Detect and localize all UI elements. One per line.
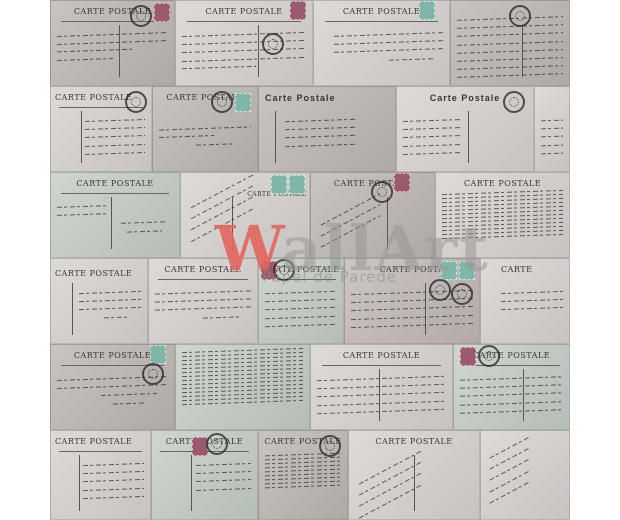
divider bbox=[322, 365, 440, 366]
postcard: CARTE POSTALE bbox=[180, 172, 310, 258]
postcard: Carte Postale bbox=[258, 86, 396, 172]
stamp-icon bbox=[271, 175, 287, 194]
postcard: CARTE POSTALE bbox=[151, 430, 258, 520]
postcard: CARTE POSTALE bbox=[348, 430, 480, 520]
postcard-title: CARTE POSTALE bbox=[349, 437, 479, 446]
handwriting bbox=[57, 27, 168, 79]
stamp-icon bbox=[235, 93, 251, 112]
handwriting bbox=[501, 285, 563, 337]
postcard: CARTE POSTALE bbox=[310, 344, 453, 430]
divider bbox=[187, 21, 301, 22]
handwriting bbox=[317, 371, 446, 423]
postmark-icon bbox=[509, 5, 531, 27]
postcard-title: CARTE POSTALE bbox=[436, 179, 569, 188]
postmark-icon bbox=[125, 91, 147, 113]
postcard-title: CARTE POSTALE bbox=[55, 437, 150, 446]
postcard-title: CARTE POSTALE bbox=[311, 351, 452, 360]
postcard: CARTE POSTALE bbox=[148, 258, 258, 344]
handwriting bbox=[265, 451, 341, 513]
handwriting bbox=[155, 285, 251, 337]
postcard: CARTE POSTALE bbox=[435, 172, 570, 258]
divider bbox=[468, 111, 469, 163]
postcard-title: CARTE POSTALE bbox=[55, 269, 147, 278]
postcard-collage: CARTE POSTALE CARTE POSTALE CARTE POSTAL… bbox=[50, 0, 570, 520]
stamp-icon bbox=[441, 261, 457, 280]
postcard: CARTE POSTALE bbox=[310, 172, 435, 258]
handwriting bbox=[182, 347, 303, 423]
postmark-icon bbox=[503, 91, 525, 113]
postcard: CARTE POSTALE bbox=[453, 344, 570, 430]
handwriting bbox=[79, 285, 141, 337]
postmark-icon bbox=[319, 435, 341, 457]
postcard-title: CARTE bbox=[501, 265, 569, 274]
handwriting bbox=[196, 457, 251, 513]
postmark-icon bbox=[478, 345, 500, 367]
postcard bbox=[480, 430, 570, 520]
postmark-icon bbox=[262, 33, 284, 55]
postmark-icon bbox=[371, 181, 393, 203]
postcard bbox=[534, 86, 570, 172]
postcard: CARTE POSTALE bbox=[50, 172, 180, 258]
handwriting bbox=[83, 457, 144, 513]
handwriting bbox=[541, 113, 563, 165]
stamp-icon bbox=[150, 345, 166, 364]
postcard-title: Carte Postale bbox=[265, 93, 395, 103]
divider bbox=[79, 455, 80, 511]
postcard: CARTE POSTALE bbox=[50, 0, 175, 86]
postcard: Carte Postale bbox=[396, 86, 534, 172]
handwriting bbox=[442, 189, 563, 251]
postcard-title: CARTE POSTALE bbox=[149, 265, 257, 274]
handwriting bbox=[487, 437, 563, 513]
divider bbox=[191, 455, 192, 511]
postmark-icon bbox=[142, 363, 164, 385]
postcard: CARTE POSTALE bbox=[50, 258, 148, 344]
postmark-icon bbox=[211, 91, 233, 113]
postcard: CARTE POSTA bbox=[344, 258, 480, 344]
postmark-icon bbox=[206, 433, 228, 455]
stamp-icon bbox=[154, 3, 170, 22]
handwriting bbox=[265, 285, 337, 337]
postmark-icon bbox=[451, 283, 473, 305]
postcard: CARTE POSTALE bbox=[175, 0, 313, 86]
postcard: CARTE bbox=[480, 258, 570, 344]
postcard-title: CARTE POSTALE bbox=[51, 179, 179, 188]
postmark-icon bbox=[273, 259, 295, 281]
handwriting bbox=[159, 121, 251, 165]
handwriting bbox=[334, 27, 443, 79]
handwriting bbox=[57, 199, 173, 251]
postcard: CARTE POSTALE bbox=[152, 86, 258, 172]
divider bbox=[72, 283, 73, 335]
divider bbox=[158, 279, 249, 280]
postcard: CARTE POSTALE bbox=[313, 0, 450, 86]
postcard: CARTE POSTALE bbox=[50, 86, 152, 172]
stamp-icon bbox=[460, 347, 476, 366]
divider bbox=[275, 111, 276, 163]
postcard: CARTE POSTALE bbox=[258, 258, 344, 344]
divider bbox=[325, 21, 438, 22]
postmark-icon bbox=[130, 5, 152, 27]
postmark-icon bbox=[429, 279, 451, 301]
handwriting bbox=[317, 199, 428, 251]
stamp-icon bbox=[394, 173, 410, 192]
postcard: CARTE POSTALE bbox=[258, 430, 348, 520]
handwriting bbox=[403, 113, 462, 165]
handwriting bbox=[182, 27, 306, 79]
stamp-icon bbox=[290, 1, 306, 20]
handwriting bbox=[355, 457, 473, 513]
stamp-icon bbox=[419, 1, 435, 20]
divider bbox=[463, 365, 560, 366]
divider bbox=[81, 111, 82, 163]
divider bbox=[61, 193, 169, 194]
stamp-icon bbox=[459, 261, 475, 280]
postcard: CARTE POSTALE bbox=[50, 430, 151, 520]
stamp-icon bbox=[289, 175, 305, 194]
handwriting bbox=[285, 113, 355, 165]
handwriting bbox=[460, 371, 563, 423]
postcard bbox=[175, 344, 310, 430]
postcard: CARTE POSTALE bbox=[50, 344, 175, 430]
postcard bbox=[450, 0, 570, 86]
handwriting bbox=[85, 113, 145, 165]
divider bbox=[59, 451, 142, 452]
